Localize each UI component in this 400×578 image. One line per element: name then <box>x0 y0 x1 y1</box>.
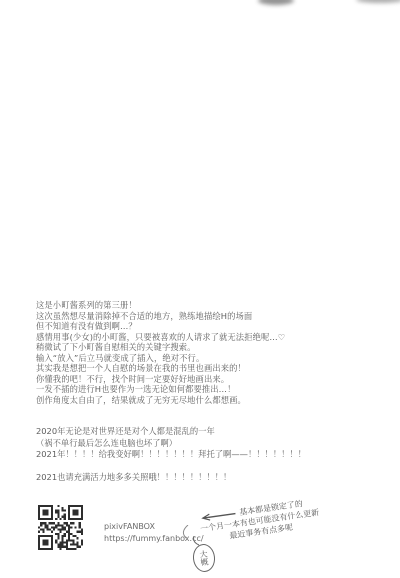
afterword-line: 其实我是想把一个人自慰的场景在我的书里也画出来的！ <box>36 363 366 374</box>
scan-artifact-top <box>258 0 294 5</box>
afterword-text-block: 这是小町酱系列的第三册！ 这次虽然想尽量消除掉不合适的地方，熟练地描绘H的场面 … <box>36 300 366 405</box>
afterword-line: 稍微试了下小町酱自慰相关的关键字搜索。 <box>36 342 366 353</box>
year-recap-line: 2021年！！！！给我变好啊！！！！！！！拜托了啊——！！！！！！！ <box>36 449 376 461</box>
year-recap-line: 2020年无论是对世界还是对个人都是混乱的一年 <box>36 426 376 438</box>
afterword-line: 输入“放入”后立马就变成了插入，绝对不行。 <box>36 353 366 364</box>
afterword-line: 创作角度太自由了，结果就成了无穷无尽地什么都想画。 <box>36 395 366 406</box>
afterword-line: 你懂我的吧！不行，找个时间一定要好好地画出来。 <box>36 374 366 385</box>
stray-pen-curve <box>180 525 189 539</box>
year-recap-block: 2020年无论是对世界还是对个人都是混乱的一年 （祸不单行最后怎么连电脑也坏了啊… <box>36 426 376 461</box>
afterword-line: 但不知道有没有做到啊…？ <box>36 321 366 332</box>
afterword-line: 一发不插的进行H也要作为一选无论如何都要推出…！ <box>36 384 366 395</box>
qr-code-graphic <box>38 504 83 551</box>
afterword-line: 这次虽然想尽量消除掉不合适的地方，熟练地描绘H的场面 <box>36 311 366 322</box>
handwritten-note: 基本都是锁定了的 一个月一本有也可能没有什么更新 最近事务有点多呢 <box>196 484 400 545</box>
new-year-wish-line: 2021也请充满活力地多多关照哦！！！！！！！！！ <box>36 471 376 483</box>
year-recap-line: （祸不单行最后怎么连电脑也坏了啊） <box>36 438 376 450</box>
fanbox-qr-code <box>38 504 83 551</box>
afterword-line: 这是小町酱系列的第三册！ <box>36 300 366 311</box>
afterword-line: 感情用事(少女)的小町酱，只要被喜欢的人请求了就无法拒绝呢…♡ <box>36 332 366 343</box>
speech-bubble: 大概 <box>192 543 217 573</box>
speech-bubble-text: 大概 <box>198 549 211 566</box>
scanned-afterword-page: 这是小町酱系列的第三册！ 这次虽然想尽量消除掉不合适的地方，熟练地描绘H的场面 … <box>0 0 400 578</box>
scan-artifact-top-right <box>356 0 400 3</box>
